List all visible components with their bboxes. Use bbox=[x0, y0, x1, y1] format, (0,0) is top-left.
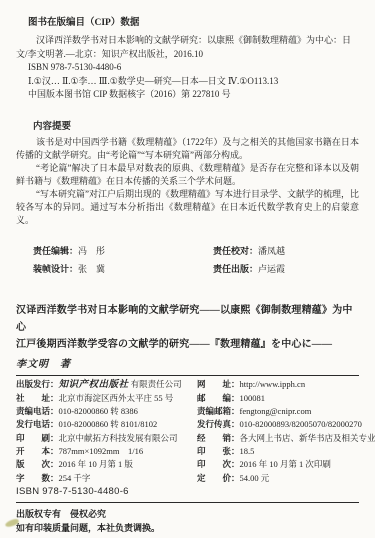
credit-value: 冯 彤 bbox=[78, 246, 105, 256]
pub-value: http://www.ipph.cn bbox=[240, 379, 306, 389]
pub-publisher: 出版发行：知识产权出版社 有限责任公司 bbox=[16, 378, 197, 392]
pub-wordcount: 字 数：254 千字 bbox=[16, 472, 197, 485]
cip-classification: Ⅰ.①汉… Ⅱ.①李… Ⅲ.①数学史—研究—日本—日文 Ⅳ.①O113.13 bbox=[28, 75, 359, 89]
pub-label: 经 销： bbox=[197, 433, 240, 443]
pub-label: 字 数： bbox=[16, 473, 59, 483]
titles-section: 汉译西洋数学书对日本影响的文献学研究——以康熙《御制数理精蕴》为中心 江戸後期西… bbox=[16, 302, 359, 372]
abstract-paragraph: “考论篇”解决了日本最早对数表的原典、《数理精蕴》是否存在完整和译本以及朝鲜书籍… bbox=[16, 162, 359, 188]
pub-value: 2016 年 10 月第 1 版 bbox=[59, 459, 133, 469]
pub-label: 版 次： bbox=[16, 459, 59, 469]
pub-value: 787mm×1092mm 1/16 bbox=[59, 446, 144, 456]
pub-value: 100081 bbox=[240, 393, 266, 403]
pub-label: 印 张： bbox=[197, 446, 240, 456]
credit-publisher-responsible: 责任出版：卢运霞 bbox=[213, 263, 359, 276]
credit-label: 责任编辑： bbox=[33, 246, 78, 256]
pub-label: 责编电话： bbox=[16, 406, 59, 416]
pub-editor-phone: 责编电话：010-82000860 转 8386 bbox=[16, 405, 197, 418]
cip-record-number: 中国版本图书馆 CIP 数据核字（2016）第 227810 号 bbox=[28, 88, 359, 102]
exchange-line: 如有印装质量问题，本社负责调换。 bbox=[16, 521, 359, 536]
pub-value: 18.5 bbox=[240, 446, 255, 456]
pub-label: 发行电话： bbox=[16, 419, 59, 429]
pub-value: 北京中献拓方科技发展有限公司 bbox=[59, 433, 178, 443]
pub-label: 邮 编： bbox=[197, 393, 240, 403]
abstract-paragraph: 该书是对中国西学书籍《数理精蕴》（1722年）及与之相关的其他国家书籍在日本传播… bbox=[16, 136, 359, 162]
abstract-section: 内容提要 该书是对中国西学书籍《数理精蕴》（1722年）及与之相关的其他国家书籍… bbox=[16, 118, 359, 227]
pub-label: 定 价： bbox=[197, 473, 240, 483]
pub-printer: 印 刷：北京中献拓方科技发展有限公司 bbox=[16, 432, 197, 445]
publisher-logo-text: 知识产权出版社 bbox=[59, 380, 129, 390]
pub-value: 254 千字 bbox=[59, 473, 91, 483]
divider-rule bbox=[16, 375, 359, 376]
credit-designer: 装帧设计：张 冀 bbox=[33, 263, 213, 276]
pub-editor-email: 责编邮箱：fengtong@cnipr.com bbox=[197, 405, 375, 418]
pub-edition: 版 次：2016 年 10 月第 1 版 bbox=[16, 458, 197, 471]
pub-label: 出版发行： bbox=[16, 379, 59, 389]
cip-header: 图书在版编目（CIP）数据 bbox=[28, 14, 359, 28]
pub-value: 2016 年 10 月第 1 次印刷 bbox=[240, 459, 331, 469]
pub-value: 010-82000860 转 8386 bbox=[59, 406, 138, 416]
pub-value: 54.00 元 bbox=[240, 473, 270, 483]
pub-fax: 发行传真：010-82000893/82005070/82000270 bbox=[197, 418, 375, 431]
pub-sheets: 印 张：18.5 bbox=[197, 445, 375, 458]
pub-label: 开 本： bbox=[16, 446, 59, 456]
pub-address: 社 址：北京市海淀区西外太平庄 55 号 bbox=[16, 392, 197, 405]
credits-section: 责任编辑：冯 彤 责任校对：潘凤越 装帧设计：张 冀 责任出版：卢运霞 bbox=[16, 245, 359, 276]
pub-value: 各大网上书店、新华书店及相关专业书店 bbox=[240, 433, 375, 443]
pub-value: 010-82000860 转 8101/8102 bbox=[59, 419, 158, 429]
credit-value: 卢运霞 bbox=[258, 264, 285, 274]
pub-website: 网 址：http://www.ipph.cn bbox=[197, 378, 375, 392]
pub-label: 印 刷： bbox=[16, 433, 59, 443]
credit-label: 责任出版： bbox=[213, 264, 258, 274]
divider-rule bbox=[16, 502, 359, 503]
credit-value: 张 冀 bbox=[78, 264, 105, 274]
cip-section: 图书在版编目（CIP）数据 汉译西洋数学书对日本影响的文献学研究：以康熙《御制数… bbox=[16, 14, 359, 102]
book-copyright-page: 图书在版编目（CIP）数据 汉译西洋数学书对日本影响的文献学研究：以康熙《御制数… bbox=[0, 0, 375, 538]
credit-label: 装帧设计： bbox=[33, 264, 78, 274]
pub-value: 北京市海淀区西外太平庄 55 号 bbox=[59, 393, 174, 403]
pub-label: 网 址： bbox=[197, 379, 240, 389]
pub-format: 开 本：787mm×1092mm 1/16 bbox=[16, 445, 197, 458]
author-line: 李文明 著 bbox=[16, 357, 359, 372]
pub-distributors: 经 销：各大网上书店、新华书店及相关专业书店 bbox=[197, 432, 375, 445]
book-title-japanese: 江戸後期西洋数学受容の文献学的研究——『数理精蕴』を中心に—— bbox=[16, 336, 359, 353]
pub-distribution-phone: 发行电话：010-82000860 转 8101/8102 bbox=[16, 418, 197, 431]
pub-printing: 印 次：2016 年 10 月第 1 次印刷 bbox=[197, 458, 375, 471]
pub-label: 发行传真： bbox=[197, 419, 240, 429]
pub-label: 印 次： bbox=[197, 459, 240, 469]
book-title-chinese: 汉译西洋数学书对日本影响的文献学研究——以康熙《御制数理精蕴》为中心 bbox=[16, 302, 359, 336]
pub-value: fengtong@cnipr.com bbox=[240, 406, 312, 416]
pub-label: 责编邮箱： bbox=[197, 406, 240, 416]
pub-postcode: 邮 编：100081 bbox=[197, 392, 375, 405]
pub-value: 有限责任公司 bbox=[129, 379, 182, 389]
abstract-header: 内容提要 bbox=[33, 118, 359, 132]
credit-label: 责任校对： bbox=[213, 246, 258, 256]
cip-isbn: ISBN 978-7-5130-4480-6 bbox=[28, 61, 359, 75]
abstract-paragraph: “写本研究篇”对江户后期出现的《数理精蕴》写本进行目录学、文献学的梳理，比较各写… bbox=[16, 188, 359, 227]
credit-editor: 责任编辑：冯 彤 bbox=[33, 245, 213, 258]
cip-record: 汉译西洋数学书对日本影响的文献学研究：以康熙《御制数理精蕴》为中心：日文/李文明… bbox=[16, 34, 359, 61]
rights-notice: 出版权专有 侵权必究 如有印装质量问题，本社负责调换。 bbox=[16, 507, 359, 536]
credit-value: 潘凤越 bbox=[258, 246, 285, 256]
publication-table: 出版发行：知识产权出版社 有限责任公司 网 址：http://www.ipph.… bbox=[16, 378, 359, 485]
isbn-line: ISBN 978-7-5130-4480-6 bbox=[16, 485, 359, 499]
pub-label: 社 址： bbox=[16, 393, 59, 403]
pub-value: 010-82000893/82005070/82000270 bbox=[240, 419, 362, 429]
pub-price: 定 价：54.00 元 bbox=[197, 472, 375, 485]
credit-proofreader: 责任校对：潘凤越 bbox=[213, 245, 359, 258]
rights-line: 出版权专有 侵权必究 bbox=[16, 507, 359, 522]
